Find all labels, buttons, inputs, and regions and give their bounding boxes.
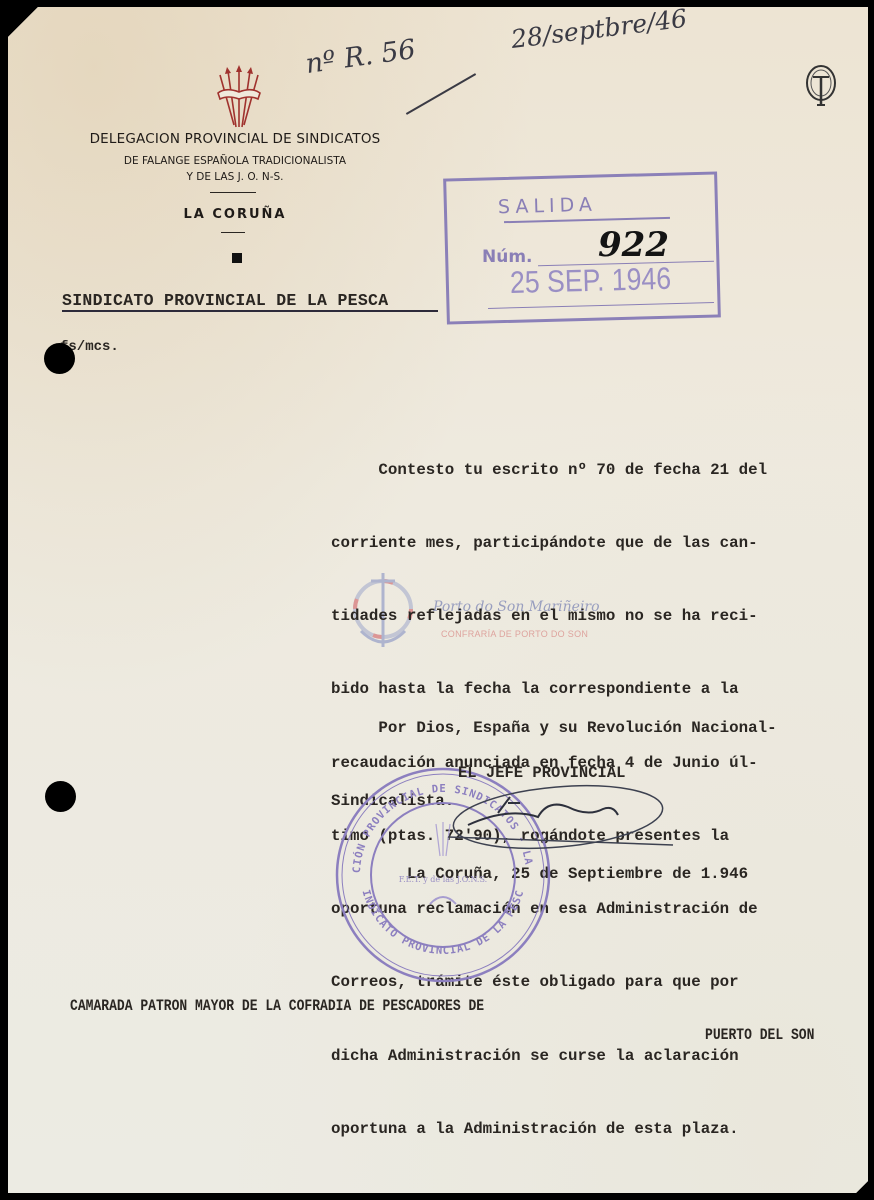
body-line: tidades reflejadas en el mismo no se ha …	[331, 604, 871, 628]
handwritten-underline	[406, 73, 476, 115]
body-line: oportuna a la Administración de esta pla…	[331, 1117, 871, 1141]
body-line: dicha Administración se curse la aclarac…	[331, 1044, 871, 1068]
body-line: corriente mes, participándote que de las…	[331, 531, 871, 555]
svg-text:F.E.T. y de las J.O.N.S.: F.E.T. y de las J.O.N.S.	[399, 875, 487, 884]
letterhead-divider	[210, 192, 256, 193]
exit-stamp-number-value: 922	[598, 225, 669, 265]
signature-title: EL JEFE PROVINCIAL	[458, 764, 625, 782]
letterhead-divider	[221, 232, 245, 233]
addressee-line-1: CAMARADA PATRON MAYOR DE LA COFRADIA DE …	[70, 997, 484, 1015]
punch-hole	[44, 343, 75, 374]
handwritten-reference: nº R. 56	[304, 34, 418, 80]
exit-stamp-title: SALIDA	[498, 194, 597, 219]
letterhead-organization: DELEGACION PROVINCIAL DE SINDICATOS	[70, 131, 400, 147]
letter-page: DELEGACION PROVINCIAL DE SINDICATOS DE F…	[8, 7, 868, 1193]
letterhead-square-mark	[232, 253, 242, 263]
exit-stamp-date: 25 SEP. 1946	[510, 261, 672, 301]
closing-line: Por Dios, España y su Revolución Naciona…	[331, 716, 871, 740]
addressee-line-2: PUERTO DEL SON	[705, 1026, 814, 1044]
letterhead-subline-1: DE FALANGE ESPAÑOLA TRADICIONALISTA	[70, 155, 400, 167]
section-title: SINDICATO PROVINCIAL DE LA PESCA	[62, 291, 388, 310]
handwritten-date: 28/septbre/46	[509, 4, 688, 54]
body-line: Contesto tu escrito nº 70 de fecha 21 de…	[331, 458, 871, 482]
yoke-and-arrows-emblem	[214, 65, 264, 131]
shield-emblem	[804, 63, 838, 113]
letterhead-subline-2: Y DE LAS J. O. N-S.	[70, 171, 400, 183]
punch-hole	[45, 781, 76, 812]
letterhead-city: LA CORUÑA	[70, 207, 400, 222]
section-title-underline	[62, 310, 438, 312]
